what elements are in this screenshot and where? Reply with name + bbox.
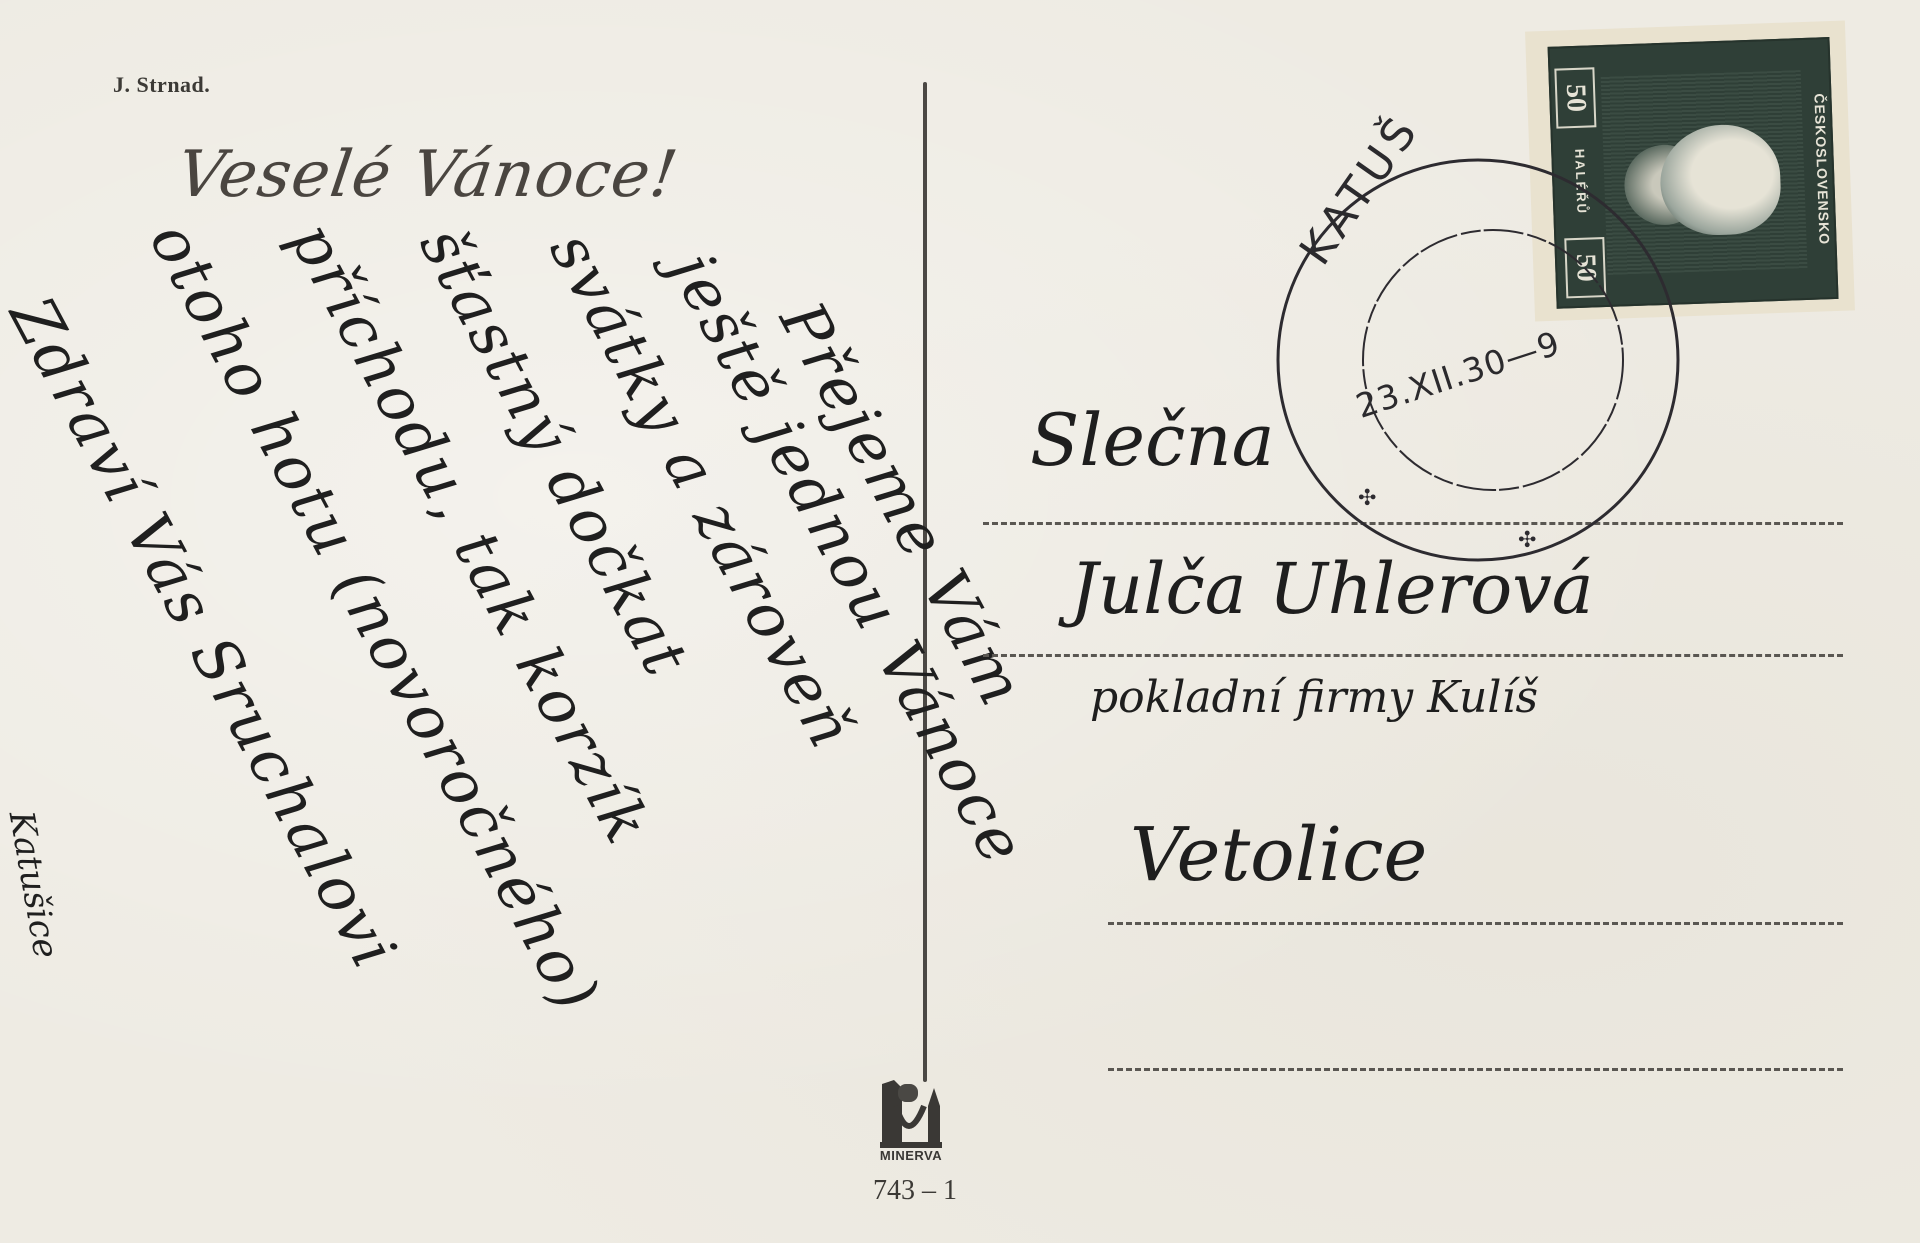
- catalog-number: 743 – 1: [860, 1175, 970, 1207]
- logo-text: MINERVA: [872, 1148, 950, 1163]
- address-line-4: [1108, 1068, 1843, 1071]
- stamp-value-top: 50: [1554, 67, 1596, 128]
- handwritten-message: Přejeme Vám ještě jednou Vánoce svátky a…: [0, 0, 900, 1243]
- svg-text:✣: ✣: [1358, 486, 1376, 511]
- address-city: Vetolice: [1130, 812, 1427, 898]
- address-line-3: [1108, 922, 1843, 925]
- address-line-2: [983, 654, 1843, 657]
- address-occupation: pokladní firmy Kulíš: [1090, 672, 1538, 723]
- postcard-back: J. Strnad. Veselé Vánoce! Přejeme Vám je…: [0, 0, 1920, 1243]
- signature-place: Katušice: [1, 808, 66, 961]
- svg-text:✣: ✣: [1518, 528, 1536, 553]
- address-salutation: Slečna: [1030, 398, 1275, 482]
